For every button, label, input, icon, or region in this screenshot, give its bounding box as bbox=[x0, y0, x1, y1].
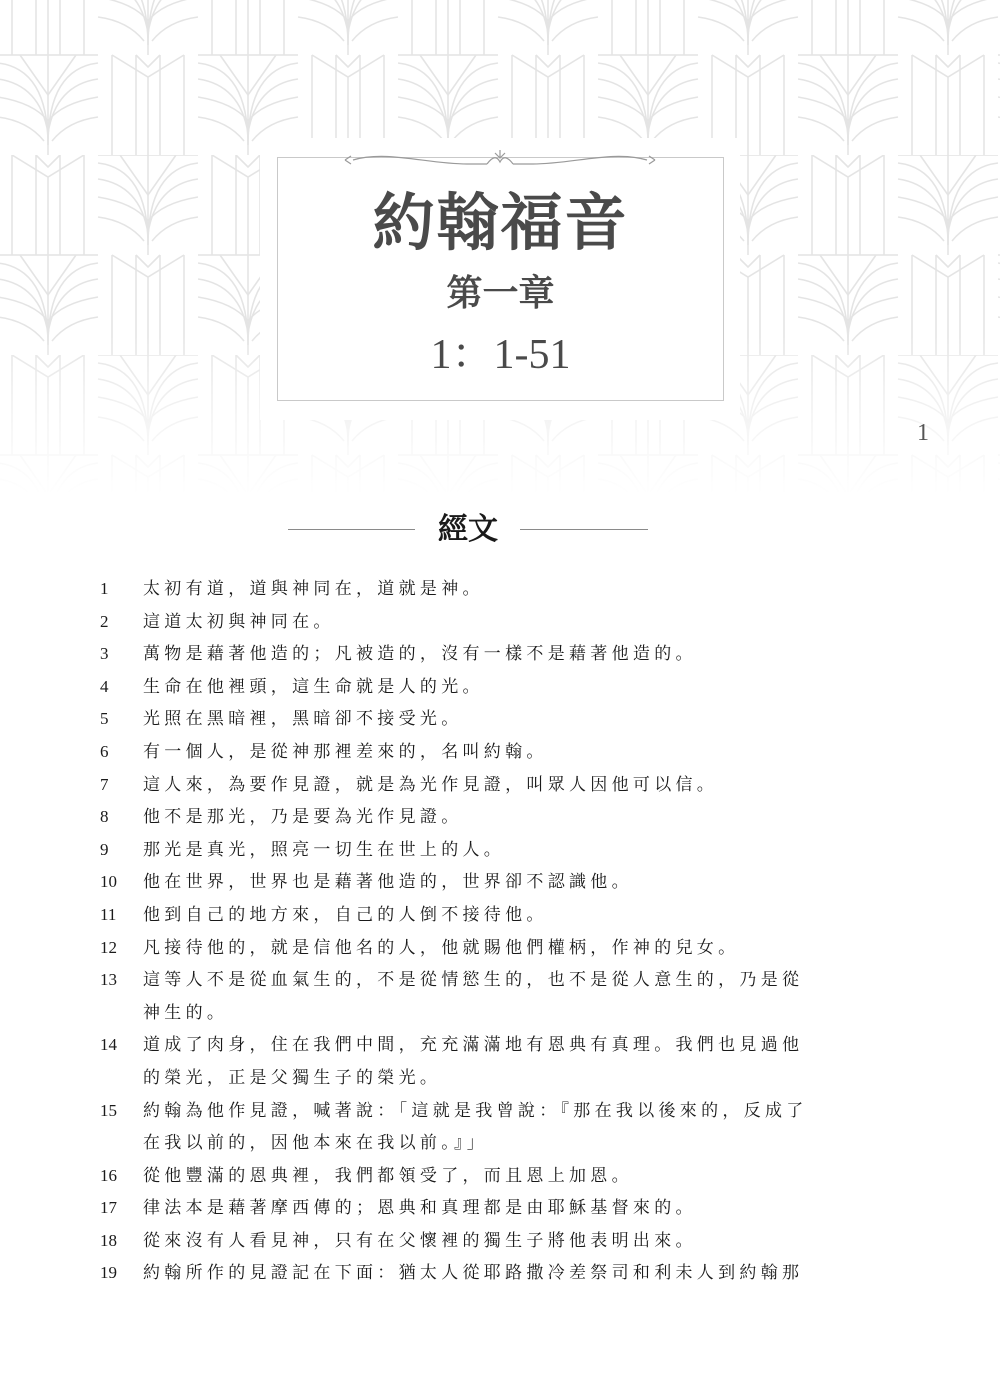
verse-text: 從他豐滿的恩典裡，我們都領受了，而且恩上加恩。 bbox=[143, 1160, 823, 1193]
verse-item: 10他在世界，世界也是藉著他造的，世界卻不認識他。 bbox=[100, 866, 840, 899]
verse-text: 從來沒有人看見神，只有在父懷裡的獨生子將他表明出來。 bbox=[143, 1225, 823, 1258]
verse-item: 19約翰所作的見證記在下面：猶太人從耶路撒冷差祭司和利未人到約翰那 bbox=[100, 1257, 840, 1290]
verse-number: 1 bbox=[100, 573, 130, 606]
verse-item: 5光照在黑暗裡，黑暗卻不接受光。 bbox=[100, 703, 840, 736]
verse-text: 太初有道，道與神同在，道就是神。 bbox=[143, 573, 823, 606]
verse-number: 17 bbox=[100, 1192, 130, 1225]
verse-number: 13 bbox=[100, 964, 130, 997]
verse-number: 8 bbox=[100, 801, 130, 834]
verse-text: 那光是真光，照亮一切生在世上的人。 bbox=[143, 834, 823, 867]
verse-number: 10 bbox=[100, 866, 130, 899]
verse-item: 1太初有道，道與神同在，道就是神。 bbox=[100, 573, 840, 606]
verse-number: 16 bbox=[100, 1160, 130, 1193]
verse-item: 9那光是真光，照亮一切生在世上的人。 bbox=[100, 834, 840, 867]
verse-item: 16從他豐滿的恩典裡，我們都領受了，而且恩上加恩。 bbox=[100, 1160, 840, 1193]
verse-number: 3 bbox=[100, 638, 130, 671]
verse-text: 律法本是藉著摩西傳的；恩典和真理都是由耶穌基督來的。 bbox=[143, 1192, 823, 1225]
verse-number: 18 bbox=[100, 1225, 130, 1258]
verse-number: 14 bbox=[100, 1029, 130, 1062]
verse-number: 9 bbox=[100, 834, 130, 867]
verse-number: 15 bbox=[100, 1095, 130, 1128]
verse-text: 他到自己的地方來，自己的人倒不接待他。 bbox=[143, 899, 823, 932]
verse-number: 19 bbox=[100, 1257, 130, 1290]
verse-text: 約翰為他作見證，喊著說：「這就是我曾說：『那在我以後來的，反成了在我以前的，因他… bbox=[143, 1095, 823, 1160]
section-heading-label: 經文 bbox=[428, 508, 508, 552]
verse-item: 8他不是那光，乃是要為光作見證。 bbox=[100, 801, 840, 834]
verse-item: 12凡接待他的，就是信他名的人，他就賜他們權柄，作神的兒女。 bbox=[100, 932, 840, 965]
verse-item: 14道成了肉身，住在我們中間，充充滿滿地有恩典有真理。我們也見過他的榮光，正是父… bbox=[100, 1029, 840, 1094]
heading-rule-left bbox=[288, 529, 415, 530]
verse-item: 17律法本是藉著摩西傳的；恩典和真理都是由耶穌基督來的。 bbox=[100, 1192, 840, 1225]
verse-text: 他在世界，世界也是藉著他造的，世界卻不認識他。 bbox=[143, 866, 823, 899]
verse-text: 萬物是藉著他造的；凡被造的，沒有一樣不是藉著他造的。 bbox=[143, 638, 823, 671]
verse-text: 這等人不是從血氣生的，不是從情慾生的，也不是從人意生的，乃是從神生的。 bbox=[143, 964, 823, 1029]
verse-number: 5 bbox=[100, 703, 130, 736]
verse-item: 4生命在他裡頭，這生命就是人的光。 bbox=[100, 671, 840, 704]
verse-item: 6有一個人，是從神那裡差來的，名叫約翰。 bbox=[100, 736, 840, 769]
heading-rule-right bbox=[520, 529, 648, 530]
chapter-reference: 1：1-51 bbox=[277, 330, 724, 380]
verse-number: 4 bbox=[100, 671, 130, 704]
verse-number: 11 bbox=[100, 899, 130, 932]
verse-number: 2 bbox=[100, 606, 130, 639]
verse-text: 有一個人，是從神那裡差來的，名叫約翰。 bbox=[143, 736, 823, 769]
verse-text: 他不是那光，乃是要為光作見證。 bbox=[143, 801, 823, 834]
verse-text: 凡接待他的，就是信他名的人，他就賜他們權柄，作神的兒女。 bbox=[143, 932, 823, 965]
verse-item: 3萬物是藉著他造的；凡被造的，沒有一樣不是藉著他造的。 bbox=[100, 638, 840, 671]
page-number: 1 bbox=[908, 418, 938, 448]
chapter-title: 第一章 bbox=[277, 270, 724, 316]
verse-text: 約翰所作的見證記在下面：猶太人從耶路撒冷差祭司和利未人到約翰那 bbox=[143, 1257, 823, 1290]
verse-item: 2這道太初與神同在。 bbox=[100, 606, 840, 639]
verse-text: 道成了肉身，住在我們中間，充充滿滿地有恩典有真理。我們也見過他的榮光，正是父獨生… bbox=[143, 1029, 823, 1094]
verse-text: 生命在他裡頭，這生命就是人的光。 bbox=[143, 671, 823, 704]
verse-text: 這道太初與神同在。 bbox=[143, 606, 823, 639]
verse-number: 6 bbox=[100, 736, 130, 769]
verse-item: 15約翰為他作見證，喊著說：「這就是我曾說：『那在我以後來的，反成了在我以前的，… bbox=[100, 1095, 840, 1160]
verse-list: 1太初有道，道與神同在，道就是神。 2這道太初與神同在。 3萬物是藉著他造的；凡… bbox=[100, 573, 840, 1290]
verse-number: 12 bbox=[100, 932, 130, 965]
flourish-ornament-icon bbox=[337, 144, 663, 174]
verse-item: 11他到自己的地方來，自己的人倒不接待他。 bbox=[100, 899, 840, 932]
verse-item: 18從來沒有人看見神，只有在父懷裡的獨生子將他表明出來。 bbox=[100, 1225, 840, 1258]
verse-item: 13這等人不是從血氣生的，不是從情慾生的，也不是從人意生的，乃是從神生的。 bbox=[100, 964, 840, 1029]
book-title: 約翰福音 bbox=[277, 186, 724, 260]
verse-number: 7 bbox=[100, 769, 130, 802]
verse-text: 光照在黑暗裡，黑暗卻不接受光。 bbox=[143, 703, 823, 736]
section-heading: 經文 bbox=[288, 508, 648, 552]
verse-item: 7這人來，為要作見證，就是為光作見證，叫眾人因他可以信。 bbox=[100, 769, 840, 802]
verse-text: 這人來，為要作見證，就是為光作見證，叫眾人因他可以信。 bbox=[143, 769, 823, 802]
